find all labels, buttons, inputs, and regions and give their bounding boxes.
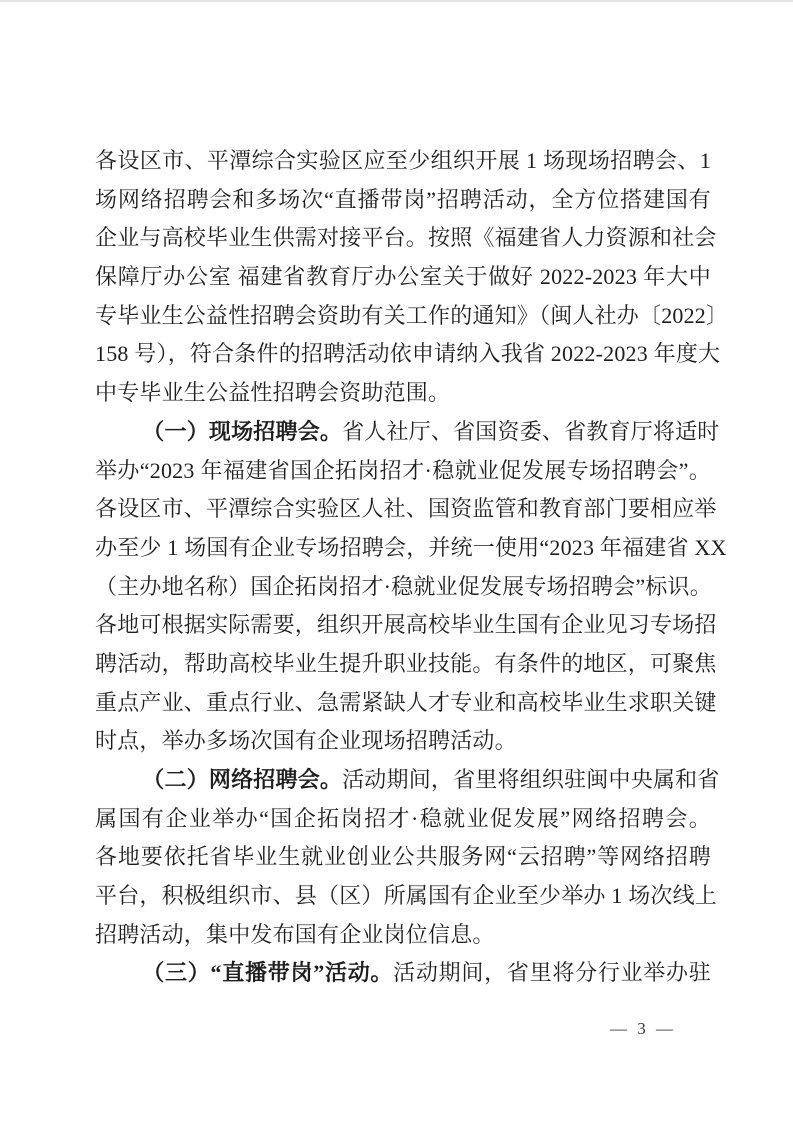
text-line: 举办“2023 年福建省国企拓岗招才·稳就业促发展专场招聘会”。 xyxy=(95,452,711,491)
text-line: 158 号），符合条件的招聘活动依申请纳入我省 2022-2023 年度大 xyxy=(95,335,711,374)
text-line: 招聘活动，集中发布国有企业岗位信息。 xyxy=(95,916,711,955)
text-line: 中专毕业生公益性招聘会资助范围。 xyxy=(95,374,711,413)
text-line: 各设区市、平潭综合实验区应至少组织开展 1 场现场招聘会、1 xyxy=(95,142,711,181)
text-line: （主办地名称）国企拓岗招才·稳就业促发展专场招聘会”标识。 xyxy=(95,568,711,607)
text-line: 各地要依托省毕业生就业创业公共服务网“云招聘”等网络招聘 xyxy=(95,838,711,877)
text-line: （一）现场招聘会。省人社厅、省国资委、省教育厅将适时 xyxy=(95,413,711,452)
section-heading: （一）现场招聘会。 xyxy=(142,419,342,444)
text-block: 各设区市、平潭综合实验区应至少组织开展 1 场现场招聘会、1场网络招聘会和多场次… xyxy=(95,142,711,993)
text-line: 场网络招聘会和多场次“直播带岗”招聘活动，全方位搭建国有 xyxy=(95,181,711,220)
text-line: 办至少 1 场国有企业专场招聘会，并统一使用“2023 年福建省 XX xyxy=(95,529,711,568)
text-line: （二）网络招聘会。活动期间，省里将组织驻闽中央属和省 xyxy=(95,761,711,800)
text-line: 聘活动，帮助高校毕业生提升职业技能。有条件的地区，可聚焦 xyxy=(95,645,711,684)
section-heading: （三）“直播带岗”活动。 xyxy=(142,960,393,985)
text-line: 平台，积极组织市、县（区）所属国有企业至少举办 1 场次线上 xyxy=(95,877,711,916)
scan-edge-line xyxy=(0,0,793,2)
text-line: 各地可根据实际需要，组织开展高校毕业生国有企业见习专场招 xyxy=(95,606,711,645)
section-heading: （二）网络招聘会。 xyxy=(142,767,342,792)
text-line: 专毕业生公益性招聘会资助有关工作的通知》（闽人社办〔2022〕 xyxy=(95,297,711,336)
document-page: 各设区市、平潭综合实验区应至少组织开展 1 场现场招聘会、1场网络招聘会和多场次… xyxy=(0,0,793,1122)
text-line: 企业与高校毕业生供需对接平台。按照《福建省人力资源和社会 xyxy=(95,219,711,258)
text-line: 重点产业、重点行业、急需紧缺人才专业和高校毕业生求职关键 xyxy=(95,684,711,723)
text-line: 保障厅办公室 福建省教育厅办公室关于做好 2022-2023 年大中 xyxy=(95,258,711,297)
text-line: 各设区市、平潭综合实验区人社、国资监管和教育部门要相应举 xyxy=(95,490,711,529)
text-line: 时点，举办多场次国有企业现场招聘活动。 xyxy=(95,722,711,761)
text-line: 属国有企业举办“国企拓岗招才·稳就业促发展”网络招聘会。 xyxy=(95,800,711,839)
page-number: — 3 — xyxy=(610,1016,676,1042)
text-line: （三）“直播带岗”活动。活动期间，省里将分行业举办驻 xyxy=(95,954,711,993)
